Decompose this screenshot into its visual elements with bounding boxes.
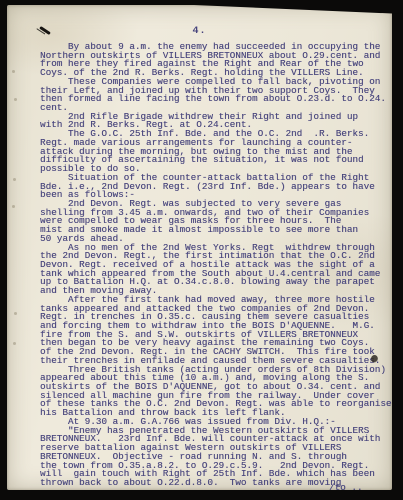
paragraph: "Enemy has penetrated the Western outski… <box>40 427 392 488</box>
text-block: By about 9 a.m. the enemy had succeeded … <box>40 43 392 488</box>
page-number: 4. <box>7 26 392 37</box>
catchword-continuation: /to .. <box>329 482 362 493</box>
paragraph: As no men of the 2nd West Yorks. Regt wi… <box>40 244 392 296</box>
paragraph: Three British tanks (acting under orders… <box>40 366 392 418</box>
paper-sheet: 4. By about 9 a.m. the enemy had succeed… <box>7 5 392 490</box>
scanned-document-page: 4. By about 9 a.m. the enemy had succeed… <box>0 0 403 500</box>
paragraph: 2nd Devon. Regt. was subjected to very s… <box>40 200 392 244</box>
paragraph: These Companies were compelled to fall b… <box>40 78 392 113</box>
paper-speck <box>13 342 16 345</box>
paper-speck <box>12 70 15 73</box>
paragraph: Situation of the counter-attack battalio… <box>40 174 392 200</box>
paper-speck <box>13 178 16 181</box>
ink-blot <box>371 355 378 363</box>
paper-speck <box>14 98 17 101</box>
paragraph: The G.O.C. 25th Inf. Bde. and the O.C. 2… <box>40 130 392 174</box>
paper-speck <box>12 205 15 208</box>
paragraph: After the first tank had moved away, thr… <box>40 296 392 366</box>
paragraph: By about 9 a.m. the enemy had succeeded … <box>40 43 392 78</box>
paper-speck <box>14 312 17 315</box>
